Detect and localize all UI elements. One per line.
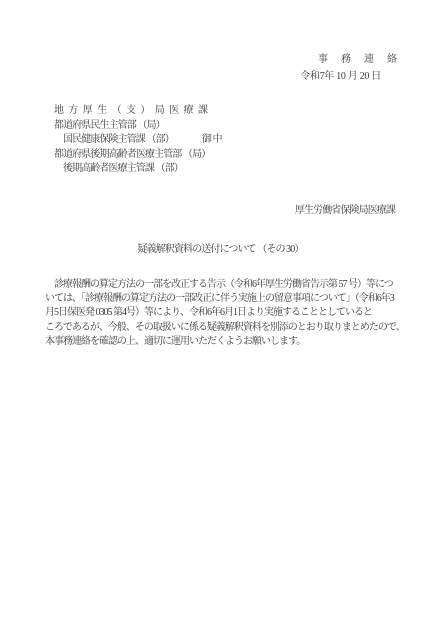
document-page: 事務連絡 令和7年 10 月 20 日 地方厚生（支）局医療課 都道府県民生主管… (0, 0, 445, 630)
recipient-line-nhi-label: 国民健康保険主管課 （部） (63, 134, 174, 145)
sender-label: 厚生労働省保険局医療課 (295, 201, 395, 216)
honorific-label: 御中 (202, 133, 223, 148)
body-paragraph: 診療報酬の算定方法の一部を改正する告示（令和6年厚生労働省告示第 57 号）等に… (45, 278, 401, 349)
document-title: 疑義解釈資料の送付について （その 30） (40, 240, 401, 255)
recipient-line-prefecture-welfare: 都道府県民生主管部 （局） (54, 119, 212, 134)
recipient-line-regional-bureau: 地方厚生（支）局医療課 (54, 104, 212, 119)
body-line: 本事務連絡を確認の上、適切に運用いただくようお願いします。 (45, 335, 401, 349)
recipient-line-nhi: 国民健康保険主管課 （部） 御中 (54, 133, 212, 148)
recipient-line-latelife-dept: 都道府県後期高齢者医療主管部 （局） (54, 148, 212, 163)
recipient-block: 地方厚生（支）局医療課 都道府県民生主管部 （局） 国民健康保険主管課 （部） … (54, 104, 212, 177)
doc-header: 事務連絡 令和7年 10 月 20 日 (300, 51, 397, 85)
body-line: 診療報酬の算定方法の一部を改正する告示（令和6年厚生労働省告示第 57 号）等に… (45, 278, 401, 292)
body-line: 月5日保医発 0305 第4号）等により、令和6年6月1日より実施することとして… (45, 306, 401, 320)
recipient-line-latelife-section: 後期高齢者医療主管課 （部） (54, 162, 212, 177)
doc-type-label: 事務連絡 (300, 51, 410, 68)
body-line: ころであるが、今般、その取扱いに係る疑義解釈資料を別添のとおり取りまとめたので、 (45, 321, 401, 335)
doc-date: 令和7年 10 月 20 日 (300, 68, 397, 85)
body-line: いては、「診療報酬の算定方法の一部改正に伴う実施上の留意事項について」（令和6年… (45, 292, 401, 306)
